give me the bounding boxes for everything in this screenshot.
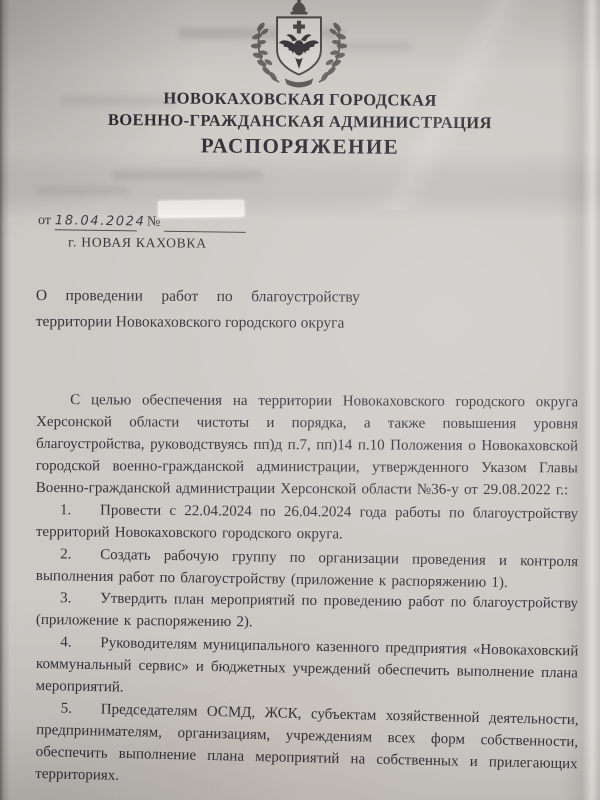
city-line: г. НОВАЯ КАХОВКА	[40, 234, 235, 252]
item-number: 5.	[60, 698, 100, 721]
date-label: от	[38, 213, 55, 230]
crown-icon	[290, 0, 307, 15]
handwritten-date: 18.04.2024	[55, 213, 137, 231]
paper-sheet: НОВОКАХОВСКАЯ ГОРОДСКАЯ ВОЕННО-ГРАЖДАНСК…	[0, 0, 600, 800]
order-item-1: 1.Провести с 22.04.2024 по 26.04.2024 го…	[36, 499, 578, 547]
item-text: Утвердить план мероприятий по проведению…	[36, 591, 578, 631]
item-number: 3.	[60, 587, 100, 609]
document-type-title: РАСПОРЯЖЕНИЕ	[0, 132, 600, 161]
item-number: 4.	[60, 631, 100, 654]
bleedthrough-ghost	[112, 170, 262, 180]
order-item-4: 4.Руководителям муниципального казенного…	[35, 631, 578, 706]
item-number: 2.	[60, 543, 100, 566]
document-photo: НОВОКАХОВСКАЯ ГОРОДСКАЯ ВОЕННО-ГРАЖДАНСК…	[0, 0, 600, 800]
preamble-paragraph: С целью обеспечения на территории Новока…	[36, 389, 578, 501]
item-number: 1.	[60, 499, 100, 521]
date-number-line: от 18.04.2024 №	[38, 211, 247, 233]
number-blank-line	[164, 213, 246, 233]
organization-name: НОВОКАХОВСКАЯ ГОРОДСКАЯ ВОЕННО-ГРАЖДАНСК…	[0, 86, 600, 134]
body-text: С целью обеспечения на территории Новока…	[36, 389, 578, 785]
item-text: Председателям ОСМД, ЖСК, субъектам хозяй…	[35, 701, 579, 783]
order-item-5: 5.Председателям ОСМД, ЖСК, субъектам хоз…	[35, 697, 579, 797]
item-text: Руководителям муниципального казенного п…	[35, 635, 578, 695]
org-name-line2: ВОЕННО-ГРАЖДАНСКАЯ АДМИНИСТРАЦИЯ	[0, 108, 600, 135]
item-text: Провести с 22.04.2024 по 26.04.2024 года…	[36, 503, 578, 543]
redaction-patch	[158, 200, 244, 218]
item-text: Создать рабочую группу по организации пр…	[36, 547, 579, 591]
coat-of-arms-emblem	[237, 0, 361, 94]
bleedthrough-ghost	[36, 186, 128, 195]
double-headed-eagle-shield-icon	[237, 0, 361, 94]
order-item-3: 3.Утвердить план мероприятий по проведен…	[36, 587, 578, 637]
subject-block: О проведении работ по благоустройству те…	[36, 283, 360, 337]
